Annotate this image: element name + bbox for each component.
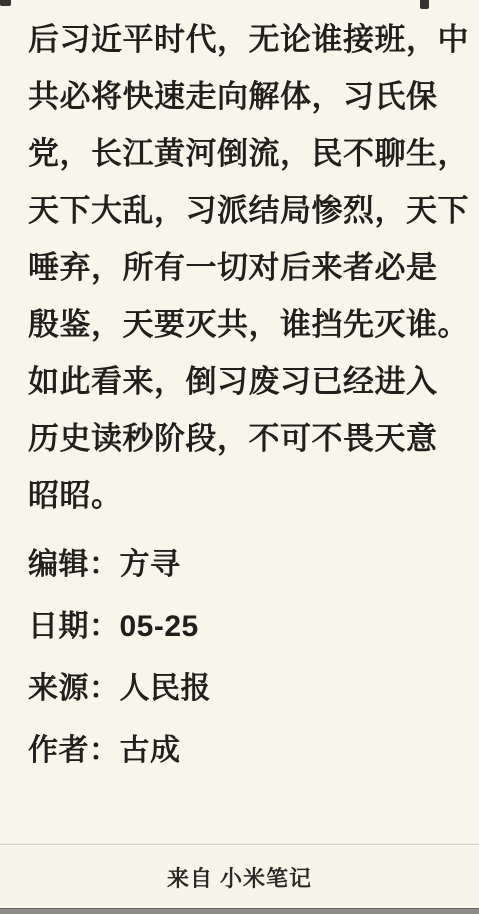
note-body-line-8: 历史读秒阶段，不可不畏天意 xyxy=(28,410,453,467)
note-meta-source: 来源：人民报 xyxy=(28,658,453,720)
note-body-line-9: 昭昭。 xyxy=(28,467,453,524)
share-source-label: 来自 小米笔记 xyxy=(167,862,312,893)
note-body-line-5: 唾弃，所有一切对后来者必是 xyxy=(28,239,453,296)
bottom-bar xyxy=(0,908,479,914)
cropped-text-artifact-left xyxy=(0,0,11,6)
share-footer: 来自 小米笔记 xyxy=(0,844,479,909)
note-meta-block: 编辑：方寻 日期：05-25 来源：人民报 作者：古成 xyxy=(28,524,453,782)
note-body-line-1: 后习近平时代，无论谁接班，中 xyxy=(28,11,453,68)
note-share-card: 后习近平时代，无论谁接班，中 共必将快速走向解体，习氏保 党，长江黄河倒流，民不… xyxy=(0,0,479,914)
note-body-line-2: 共必将快速走向解体，习氏保 xyxy=(28,68,453,125)
cropped-text-artifact-right xyxy=(420,0,429,9)
note-content: 后习近平时代，无论谁接班，中 共必将快速走向解体，习氏保 党，长江黄河倒流，民不… xyxy=(0,0,479,782)
note-body-line-6: 殷鉴，天要灭共，谁挡先灭谁。 xyxy=(28,296,453,353)
note-body-line-3: 党，长江黄河倒流，民不聊生， xyxy=(28,125,453,182)
note-meta-author: 作者：古成 xyxy=(28,720,453,782)
note-meta-editor: 编辑：方寻 xyxy=(28,534,453,596)
note-body-line-4: 天下大乱，习派结局惨烈，天下 xyxy=(28,182,453,239)
note-meta-date: 日期：05-25 xyxy=(28,596,453,658)
note-body-line-7: 如此看来，倒习废习已经进入 xyxy=(28,353,453,410)
